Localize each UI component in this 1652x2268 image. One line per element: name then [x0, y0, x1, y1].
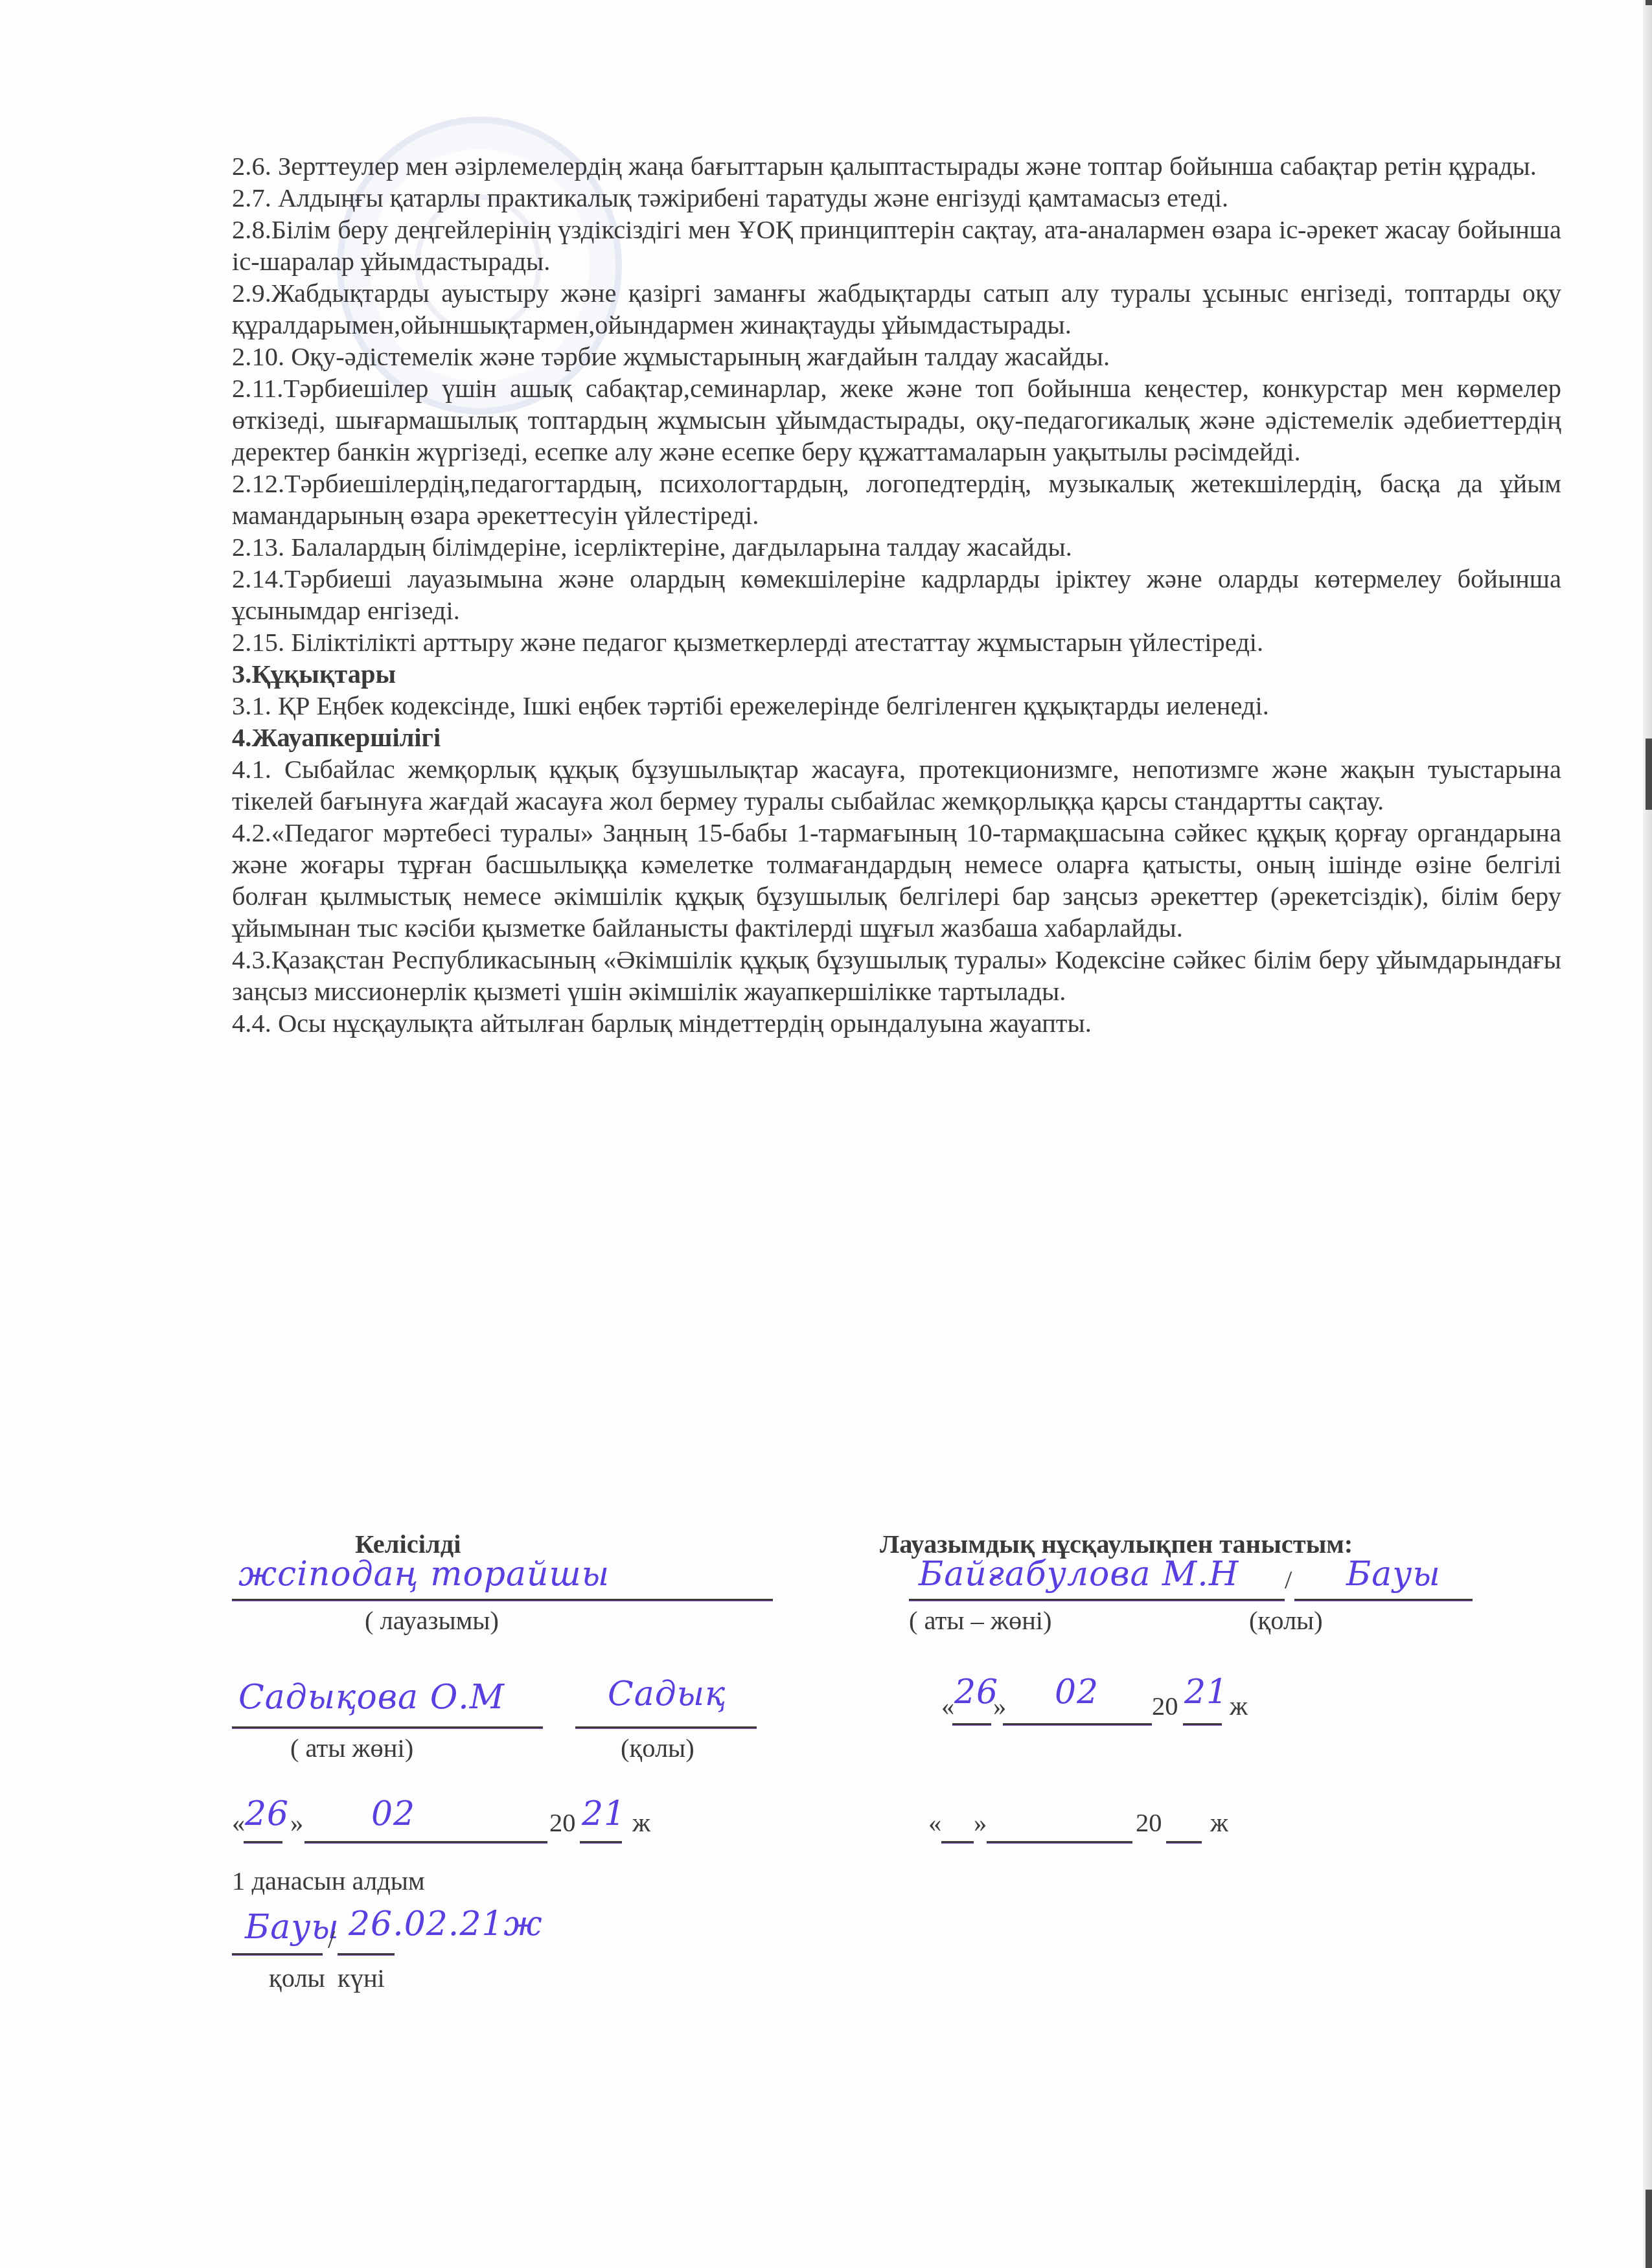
copy-received-date-line [338, 1953, 395, 1956]
acquainted-name-label: ( аты – жөні) [909, 1605, 1052, 1636]
agreed-date-day: 26 [245, 1794, 289, 1833]
paragraph-4-3: 4.3.Қазақстан Республикасының «Әкімшілік… [232, 944, 1561, 1007]
agreed-position-line [232, 1599, 773, 1601]
acquainted-date-month: 02 [1055, 1673, 1099, 1712]
paragraph-3-1: 3.1. ҚР Еңбек кодексінде, Ішкі еңбек тәр… [232, 690, 1561, 722]
agreed-date-year: 21 [582, 1794, 626, 1833]
document-body: 2.6. Зерттеулер мен әзірлемелердің жаңа … [232, 150, 1561, 1039]
copy-received-signature-label: қолы [269, 1963, 325, 1993]
paragraph-2-15: 2.15. Біліктілікті арттыру және педагог … [232, 626, 1561, 658]
acquainted-separator: / [1285, 1564, 1292, 1595]
acquainted-signature-handwritten: Бауы [1346, 1555, 1441, 1594]
paragraph-2-7: 2.7. Алдыңғы қатарлы практикалық тәжіриб… [232, 182, 1561, 214]
acquainted-signature-label: (қолы) [1249, 1605, 1323, 1636]
paragraph-2-10: 2.10. Оқу-әдістемелік және тәрбие жұмыст… [232, 341, 1561, 372]
paragraph-2-6: 2.6. Зерттеулер мен әзірлемелердің жаңа … [232, 150, 1561, 182]
agreed-signature-handwritten: Садық [608, 1675, 726, 1713]
paragraph-4-1: 4.1. Сыбайлас жемқорлық құқық бұзушылықт… [232, 753, 1561, 817]
agreed-position-handwritten: жсіподаң торайшы [238, 1555, 610, 1594]
paragraph-2-11: 2.11.Тәрбиешілер үшін ашық сабақтар,семи… [232, 372, 1561, 468]
copy-received-date: 26.02.21ж [349, 1905, 543, 1943]
copy-received-section: 1 данасын алдым Бауы / 26.02.21ж қолы кү… [232, 1866, 1566, 2034]
paragraph-4-2: 4.2.«Педагог мәртебесі туралы» Заңның 15… [232, 817, 1561, 944]
paragraph-2-14: 2.14.Тәрбиеші лауазымына және олардың кө… [232, 563, 1561, 626]
paragraph-2-9: 2.9.Жабдықтарды ауыстыру және қазіргі за… [232, 277, 1561, 341]
section-3-heading: 3.Құқықтары [232, 658, 1561, 690]
copy-received-signature-line [232, 1953, 323, 1956]
paragraph-2-8: 2.8.Білім беру деңгейлерінің үздіксіздіг… [232, 214, 1561, 277]
paragraph-4-4: 4.4. Осы нұсқаулықта айтылған барлық мін… [232, 1007, 1561, 1039]
acquainted-signature-line [1294, 1599, 1473, 1601]
paragraph-2-13: 2.13. Балалардың білімдеріне, ісерліктер… [232, 531, 1561, 563]
section-4-heading: 4.Жауапкершілігі [232, 722, 1561, 753]
copy-received-signature: Бауы [245, 1908, 339, 1947]
acquainted-date-day: 26 [954, 1673, 998, 1712]
copy-received-separator: / [328, 1924, 335, 1954]
agreed-name-line [232, 1726, 543, 1729]
scan-edge [1643, 0, 1652, 2268]
copy-received-label: 1 данасын алдым [232, 1866, 425, 1896]
agreed-name-label: ( аты жөні) [290, 1733, 413, 1763]
agreed-signature-label: (қолы) [621, 1733, 694, 1763]
paragraph-2-12: 2.12.Тәрбиешілердің,педагогтардың, психо… [232, 468, 1561, 531]
acquainted-name-line [909, 1599, 1285, 1601]
agreed-date-month: 02 [371, 1794, 415, 1833]
agreed-position-label: ( лауазымы) [365, 1605, 499, 1636]
agreed-name-handwritten: Садықова О.М [238, 1678, 505, 1717]
agreed-signature-line [575, 1726, 757, 1729]
copy-received-date-label: күні [338, 1963, 385, 1993]
acquainted-name-handwritten: Байғабулова М.Н [919, 1555, 1239, 1594]
acquainted-date-year: 21 [1184, 1673, 1228, 1712]
